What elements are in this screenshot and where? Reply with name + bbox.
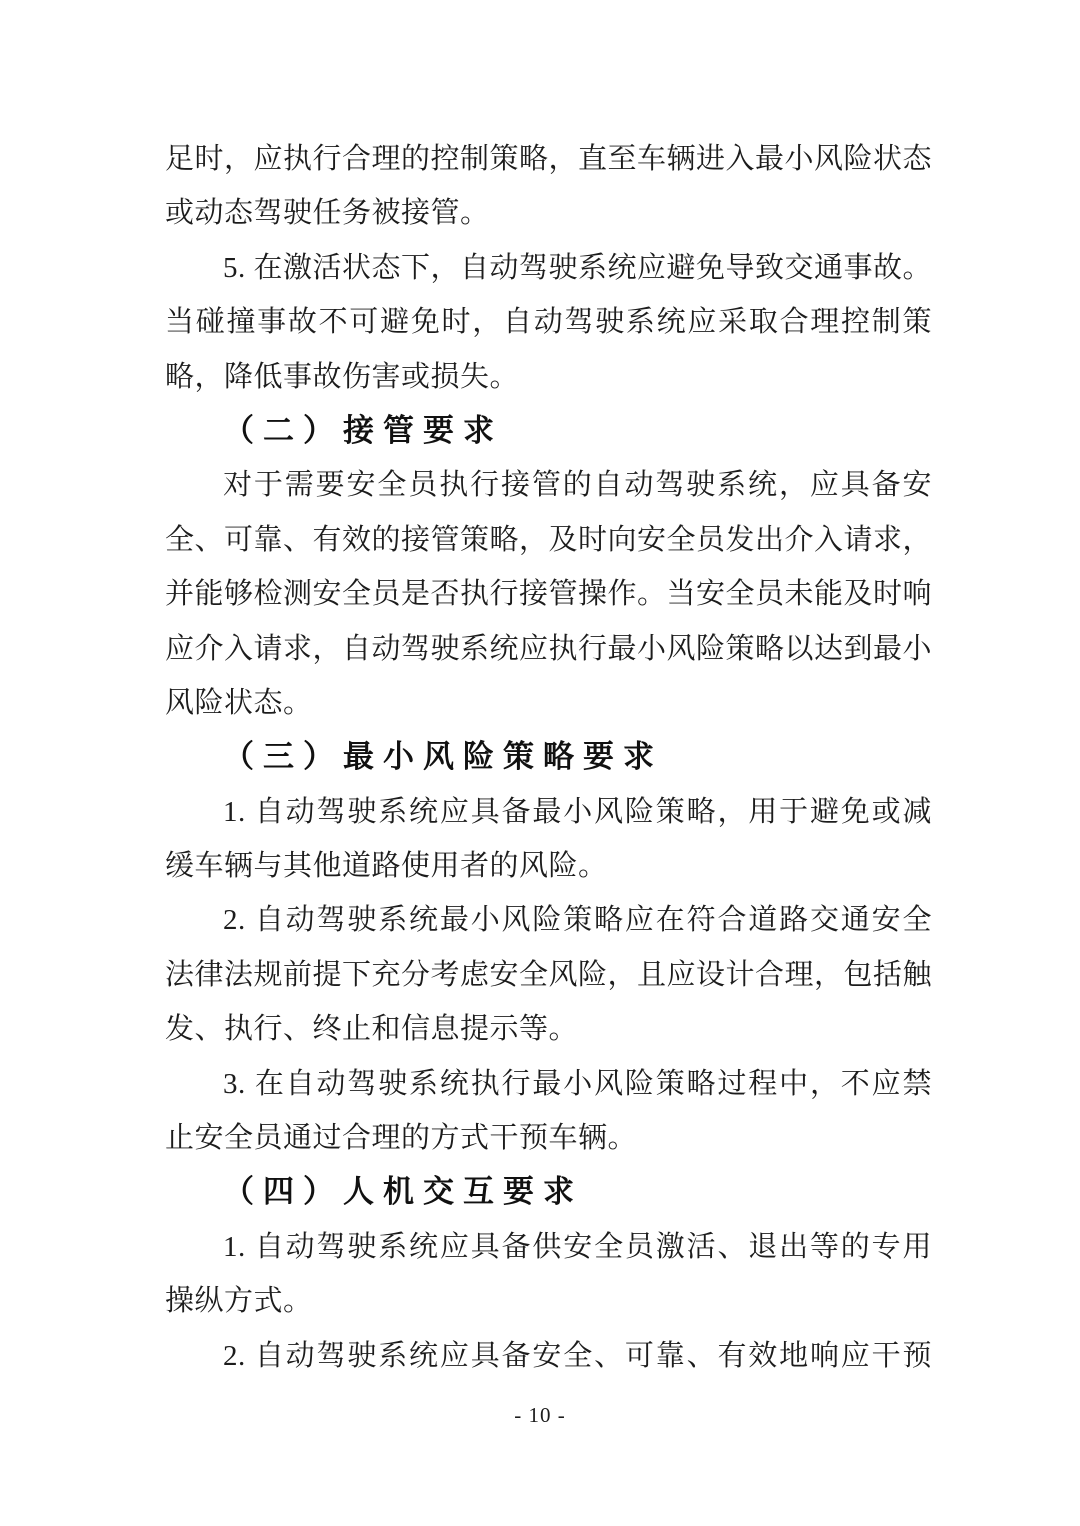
text-line: 发、执行、终止和信息提示等。 <box>165 1002 932 1056</box>
section-heading: （四）人机交互要求 <box>165 1165 932 1219</box>
section-heading: （二）接管要求 <box>165 404 932 458</box>
text-line: 5. 在激活状态下，自动驾驶系统应避免导致交通事故。 <box>165 241 932 295</box>
text-line: 1. 自动驾驶系统应具备最小风险策略，用于避免或减 <box>165 785 932 839</box>
page-number: - 10 - <box>0 1403 1080 1428</box>
document-body: 足时，应执行合理的控制策略，直至车辆进入最小风险状态 或动态驾驶任务被接管。 5… <box>165 132 932 1383</box>
text-line: 缓车辆与其他道路使用者的风险。 <box>165 839 932 893</box>
text-line: 并能够检测安全员是否执行接管操作。当安全员未能及时响 <box>165 567 932 621</box>
text-line: 2. 自动驾驶系统应具备安全、可靠、有效地响应干预 <box>165 1329 932 1383</box>
text-line: 略，降低事故伤害或损失。 <box>165 350 932 404</box>
text-line: 操纵方式。 <box>165 1274 932 1328</box>
text-line: 或动态驾驶任务被接管。 <box>165 186 932 240</box>
text-line: 风险状态。 <box>165 676 932 730</box>
text-line: 全、可靠、有效的接管策略，及时向安全员发出介入请求， <box>165 513 932 567</box>
text-line: 对于需要安全员执行接管的自动驾驶系统，应具备安 <box>165 458 932 512</box>
text-line: 法律法规前提下充分考虑安全风险，且应设计合理，包括触 <box>165 948 932 1002</box>
text-line: 止安全员通过合理的方式干预车辆。 <box>165 1111 932 1165</box>
text-line: 1. 自动驾驶系统应具备供安全员激活、退出等的专用 <box>165 1220 932 1274</box>
document-page: 足时，应执行合理的控制策略，直至车辆进入最小风险状态 或动态驾驶任务被接管。 5… <box>0 0 1080 1526</box>
text-line: 当碰撞事故不可避免时，自动驾驶系统应采取合理控制策 <box>165 295 932 349</box>
section-heading: （三）最小风险策略要求 <box>165 730 932 784</box>
text-line: 应介入请求，自动驾驶系统应执行最小风险策略以达到最小 <box>165 622 932 676</box>
text-line: 足时，应执行合理的控制策略，直至车辆进入最小风险状态 <box>165 132 932 186</box>
text-line: 3. 在自动驾驶系统执行最小风险策略过程中，不应禁 <box>165 1057 932 1111</box>
text-line: 2. 自动驾驶系统最小风险策略应在符合道路交通安全 <box>165 893 932 947</box>
